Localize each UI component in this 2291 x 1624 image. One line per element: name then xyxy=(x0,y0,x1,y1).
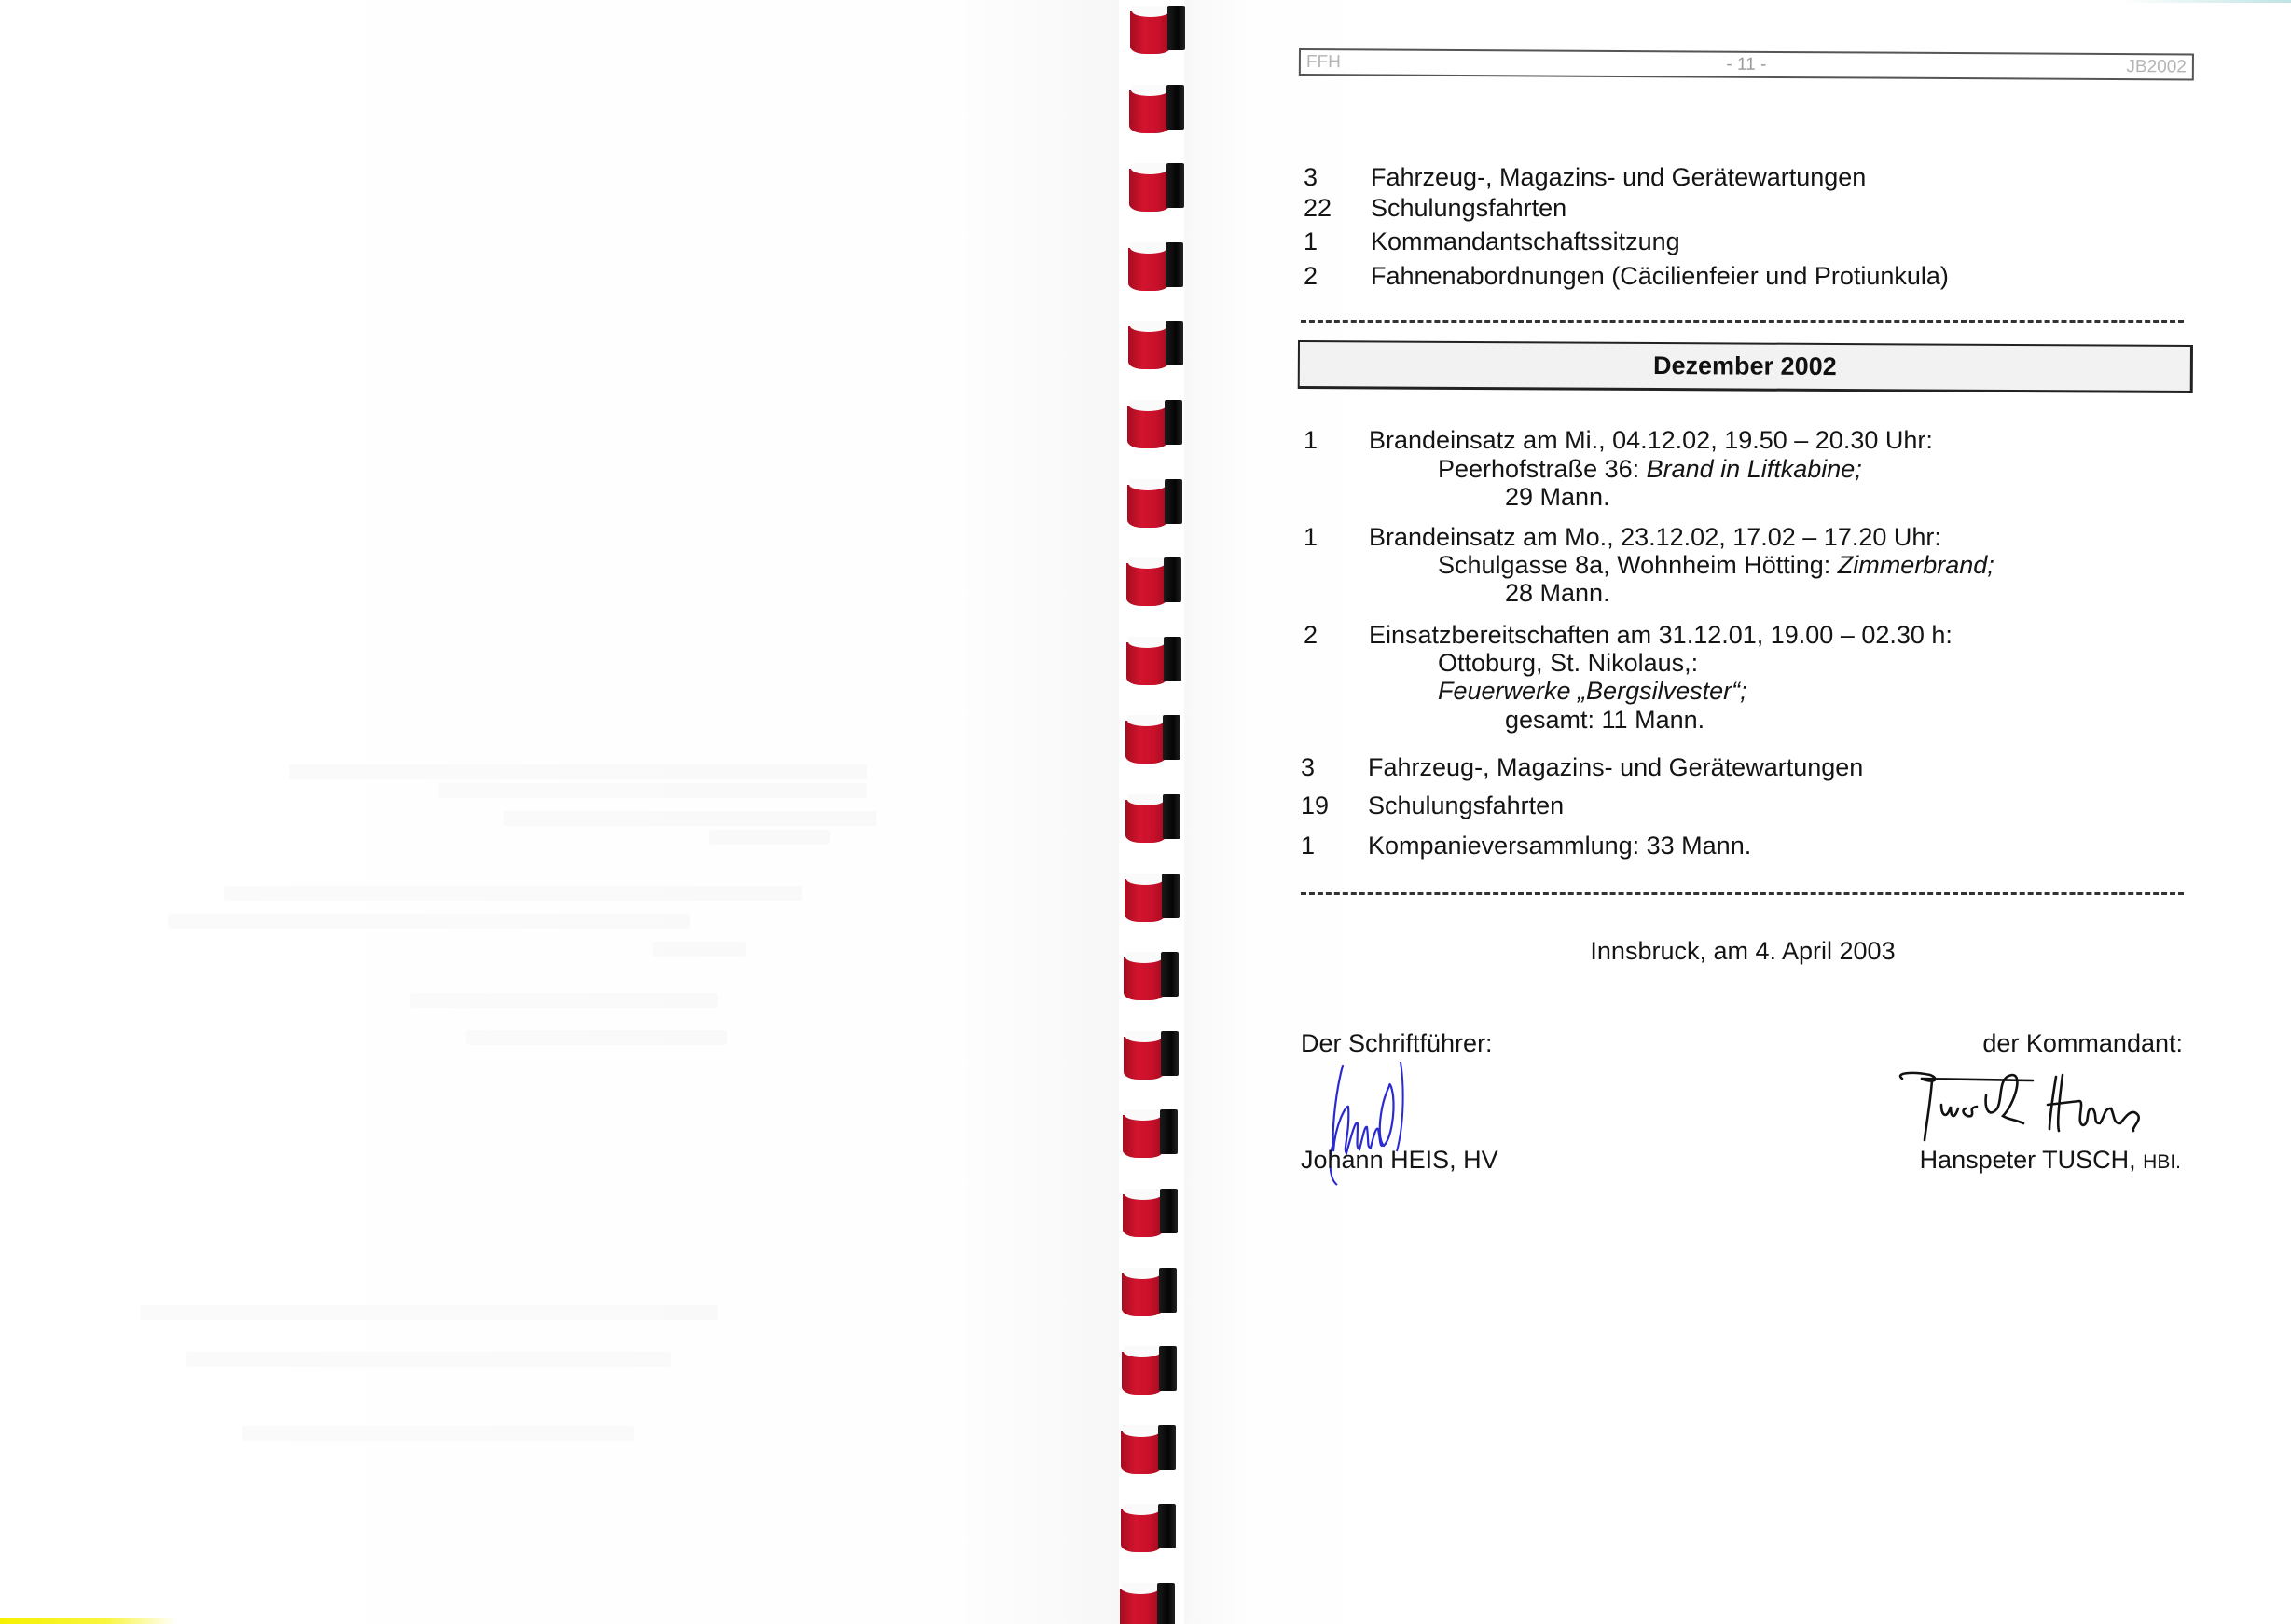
ring-black-segment xyxy=(1160,1109,1178,1154)
ring-black-segment xyxy=(1159,1268,1177,1313)
operation-headline: Brandeinsatz am Mo., 23.12.02, 17.02 – 1… xyxy=(1369,522,1941,552)
bleed-through-text xyxy=(242,1426,634,1441)
list-item-count: 22 xyxy=(1304,193,1332,223)
binding-ring xyxy=(1130,6,1188,54)
operation-location: Schulgasse 8a, Wohnheim Hötting: xyxy=(1438,551,1838,579)
ring-red-segment xyxy=(1122,1352,1163,1395)
binding-ring xyxy=(1124,1031,1181,1080)
bleed-through-text xyxy=(504,811,876,826)
binding-ring xyxy=(1126,557,1184,606)
list-item-count: 2 xyxy=(1304,261,1318,291)
ring-black-segment xyxy=(1167,6,1185,50)
binding-ring xyxy=(1127,400,1185,448)
section-divider xyxy=(1301,892,2184,895)
ring-black-segment xyxy=(1164,557,1181,602)
page-edge-tint xyxy=(2123,0,2291,3)
section-divider xyxy=(1301,320,2184,323)
signature-icon xyxy=(1893,1067,2191,1151)
binding-ring xyxy=(1125,794,1183,843)
list-item-text: Fahrzeug-, Magazins- und Gerätewartungen xyxy=(1371,162,1866,192)
list-item-count: 3 xyxy=(1304,162,1318,192)
header-doc-id: JB2002 xyxy=(2126,57,2187,77)
operation-description: Feuerwerke „Bergsilvester“; xyxy=(1438,676,1747,706)
bleed-through-text xyxy=(289,764,867,779)
month-title: Dezember 2002 xyxy=(1653,351,1837,381)
ring-black-segment xyxy=(1163,715,1180,760)
binding-ring xyxy=(1124,952,1181,1000)
ring-red-segment xyxy=(1121,1431,1162,1474)
bleed-through-text xyxy=(438,783,867,798)
operation-description: Zimmerbrand; xyxy=(1838,551,1994,579)
list-item-count: 1 xyxy=(1304,227,1318,256)
ring-black-segment xyxy=(1165,479,1182,524)
binding-ring xyxy=(1121,1504,1179,1552)
page-edge-highlight xyxy=(0,1618,177,1624)
ring-red-segment xyxy=(1129,90,1170,133)
binding-ring xyxy=(1121,1425,1179,1474)
operation-description: Brand in Liftkabine; xyxy=(1647,455,1862,483)
ring-black-segment xyxy=(1165,400,1182,445)
ring-red-segment xyxy=(1126,563,1167,606)
binding-ring xyxy=(1128,321,1186,369)
ring-red-segment xyxy=(1125,879,1166,922)
operation-count: 2 xyxy=(1304,620,1318,650)
ring-red-segment xyxy=(1124,1037,1165,1080)
ring-black-segment xyxy=(1160,1189,1178,1233)
ring-red-segment xyxy=(1124,957,1165,1000)
list-item-text: Schulungsfahrten xyxy=(1371,193,1566,223)
ring-red-segment xyxy=(1129,169,1170,212)
binding-ring xyxy=(1126,637,1184,685)
ring-black-segment xyxy=(1159,1346,1177,1391)
bleed-through-text xyxy=(168,914,690,929)
binding-ring xyxy=(1123,1189,1180,1237)
ring-black-segment xyxy=(1166,321,1183,365)
ring-black-segment xyxy=(1158,1425,1176,1470)
bleed-through-text xyxy=(410,993,718,1008)
bleed-through-text xyxy=(140,1305,718,1320)
operation-location: Ottoburg, St. Nikolaus,: xyxy=(1438,648,1698,678)
operation-location-line: Peerhofstraße 36: Brand in Liftkabine; xyxy=(1438,454,1862,484)
bleed-through-text xyxy=(224,886,802,901)
binding-ring xyxy=(1123,1109,1180,1158)
bleed-through-text xyxy=(186,1352,671,1367)
binding-ring xyxy=(1120,1583,1178,1624)
right-page xyxy=(1184,0,2291,1624)
ring-red-segment xyxy=(1125,721,1166,764)
ring-red-segment xyxy=(1125,800,1166,843)
commander-role: der Kommandant: xyxy=(1299,1028,2183,1058)
ring-red-segment xyxy=(1130,11,1171,54)
activity-count: 19 xyxy=(1301,791,1329,820)
ring-black-segment xyxy=(1157,1583,1175,1624)
ring-red-segment xyxy=(1127,485,1168,528)
activity-text: Fahrzeug-, Magazins- und Gerätewartungen xyxy=(1368,752,1863,782)
month-heading-box: Dezember 2002 xyxy=(1298,340,2193,393)
binding-ring xyxy=(1122,1268,1180,1316)
binding-ring xyxy=(1122,1346,1180,1395)
ring-red-segment xyxy=(1120,1589,1161,1624)
operation-count: 1 xyxy=(1304,425,1318,455)
binding-ring xyxy=(1125,715,1183,764)
ring-black-segment xyxy=(1164,637,1181,681)
ring-red-segment xyxy=(1128,248,1169,291)
binding-ring xyxy=(1129,85,1187,133)
bleed-through-text xyxy=(466,1030,727,1045)
header-page-number: - 11 - xyxy=(1301,52,2192,78)
ring-red-segment xyxy=(1122,1273,1163,1316)
activity-count: 3 xyxy=(1301,752,1315,782)
binding-ring xyxy=(1128,242,1186,291)
operation-crew: 29 Mann. xyxy=(1505,482,1610,512)
ring-black-segment xyxy=(1166,242,1183,287)
list-item-text: Fahnenabordnungen (Cäcilienfeier und Pro… xyxy=(1371,261,1949,291)
place-date: Innsbruck, am 4. April 2003 xyxy=(1301,936,2185,966)
ring-black-segment xyxy=(1166,163,1184,208)
ring-black-segment xyxy=(1163,794,1180,839)
ring-red-segment xyxy=(1121,1509,1162,1552)
ring-black-segment xyxy=(1161,1031,1179,1076)
operation-location-line: Schulgasse 8a, Wohnheim Hötting: Zimmerb… xyxy=(1438,550,1994,580)
operation-count: 1 xyxy=(1304,522,1318,552)
ring-black-segment xyxy=(1158,1504,1176,1548)
ring-black-segment xyxy=(1161,952,1179,997)
commander-rank: HBI. xyxy=(2143,1151,2181,1173)
running-header: FFH - 11 - JB2002 xyxy=(1299,48,2194,81)
operation-crew: gesamt: 11 Mann. xyxy=(1505,705,1704,735)
ring-red-segment xyxy=(1127,406,1168,448)
binding-ring xyxy=(1127,479,1185,528)
operation-location: Peerhofstraße 36: xyxy=(1438,455,1647,483)
ring-black-segment xyxy=(1166,85,1184,130)
binding-ring xyxy=(1125,874,1182,922)
operation-crew: 28 Mann. xyxy=(1505,578,1610,608)
operation-headline: Brandeinsatz am Mi., 04.12.02, 19.50 – 2… xyxy=(1369,425,1933,455)
ring-red-segment xyxy=(1123,1194,1164,1237)
list-item-text: Kommandantschaftssitzung xyxy=(1371,227,1680,256)
activity-text: Kompanieversammlung: 33 Mann. xyxy=(1368,831,1751,860)
activity-count: 1 xyxy=(1301,831,1315,860)
bleed-through-text xyxy=(709,830,830,845)
bleed-through-text xyxy=(653,942,746,957)
operation-headline: Einsatzbereitschaften am 31.12.01, 19.00… xyxy=(1369,620,1953,650)
spiral-binding xyxy=(1114,0,1189,1624)
commander-name-line: Hanspeter TUSCH, HBI. xyxy=(1299,1145,2181,1177)
ring-black-segment xyxy=(1162,874,1180,918)
left-page-blank xyxy=(0,0,1119,1624)
activity-text: Schulungsfahrten xyxy=(1368,791,1564,820)
ring-red-segment xyxy=(1126,642,1167,685)
commander-name: Hanspeter TUSCH, xyxy=(1920,1146,2144,1174)
ring-red-segment xyxy=(1123,1115,1164,1158)
ring-red-segment xyxy=(1128,326,1169,369)
binding-ring xyxy=(1129,163,1187,212)
